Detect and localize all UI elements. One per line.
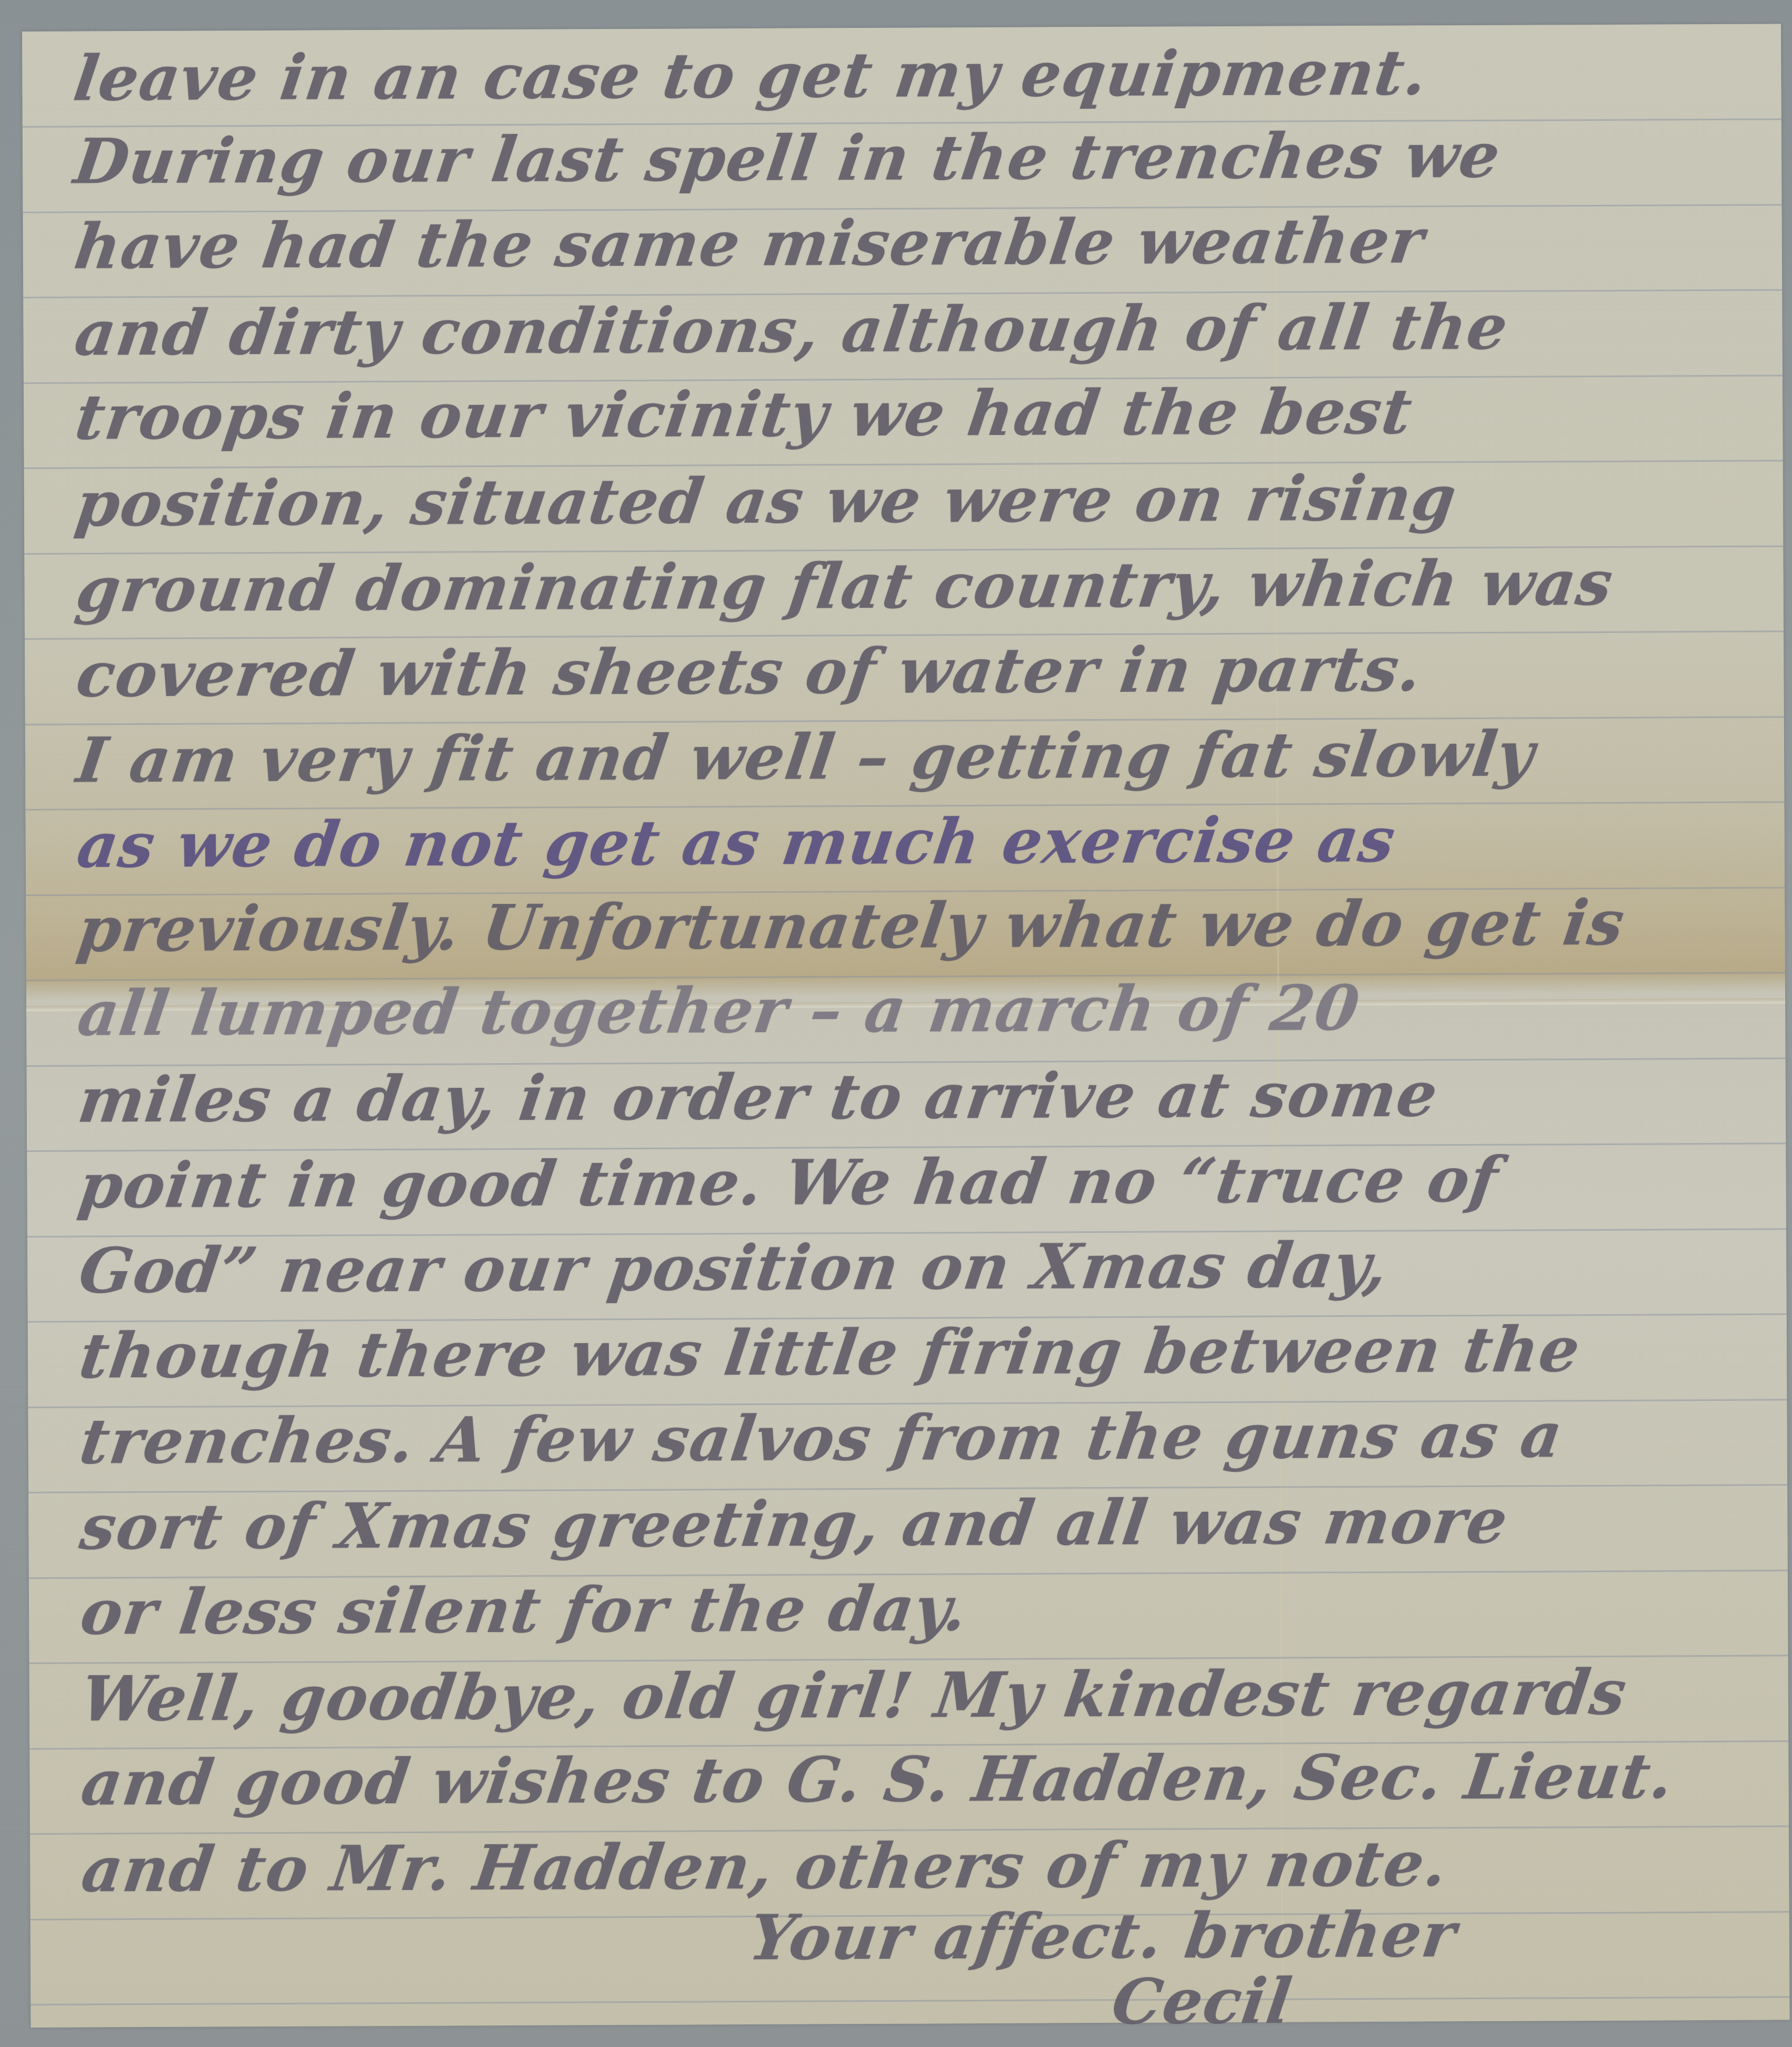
letter-line: and good wishes to G. S. Hadden, Sec. Li…: [77, 1739, 1679, 1819]
letter-line: and to Mr. Hadden, others of my note.: [78, 1827, 1453, 1906]
letter-line: have had the same miserable weather: [70, 204, 1429, 283]
letter-line: and dirty conditions, although of all th…: [71, 290, 1513, 370]
letter-line: Well, goodbye, old girl! My kindest rega…: [77, 1656, 1631, 1736]
ruled-line: [30, 1996, 1789, 2006]
letter-sheet: leave in an case to get my equipment. Du…: [22, 24, 1790, 2028]
letter-line: miles a day, in order to arrive at some: [74, 1057, 1443, 1136]
letter-line: leave in an case to get my equipment.: [70, 36, 1433, 115]
letter-line: previously. Unfortunately what we do get…: [74, 886, 1630, 966]
letter-line: position, situated as we were on rising: [71, 461, 1461, 541]
letter-line: sort of Xmas greeting, and all was more: [76, 1484, 1513, 1564]
letter-line: all lumped together – a march of 20: [74, 971, 1364, 1050]
letter-line: God” near our position on Xmas day,: [75, 1229, 1393, 1307]
letter-line: or less silent for the day.: [76, 1572, 972, 1648]
letter-line: I am very fit and well – getting fat slo…: [72, 717, 1539, 796]
letter-line: covered with sheets of water in parts.: [72, 632, 1427, 711]
letter-line: as we do not get as much exercise as: [73, 803, 1400, 882]
letter-line: though there was little firing between t…: [75, 1313, 1585, 1393]
letter-line: During our last spell in the trenches we: [70, 119, 1505, 198]
letter-line: troops in our vicinity we had the best: [71, 375, 1417, 453]
letter-closing: Your affect. brother: [745, 1898, 1461, 1974]
letter-line: point in good time. We had no “truce of: [75, 1143, 1503, 1222]
letter-line: trenches. A few salvos from the guns as …: [76, 1398, 1567, 1478]
letter-signature: Cecil: [1108, 1964, 1297, 2038]
letter-line: ground dominating flat country, which wa…: [72, 546, 1618, 626]
